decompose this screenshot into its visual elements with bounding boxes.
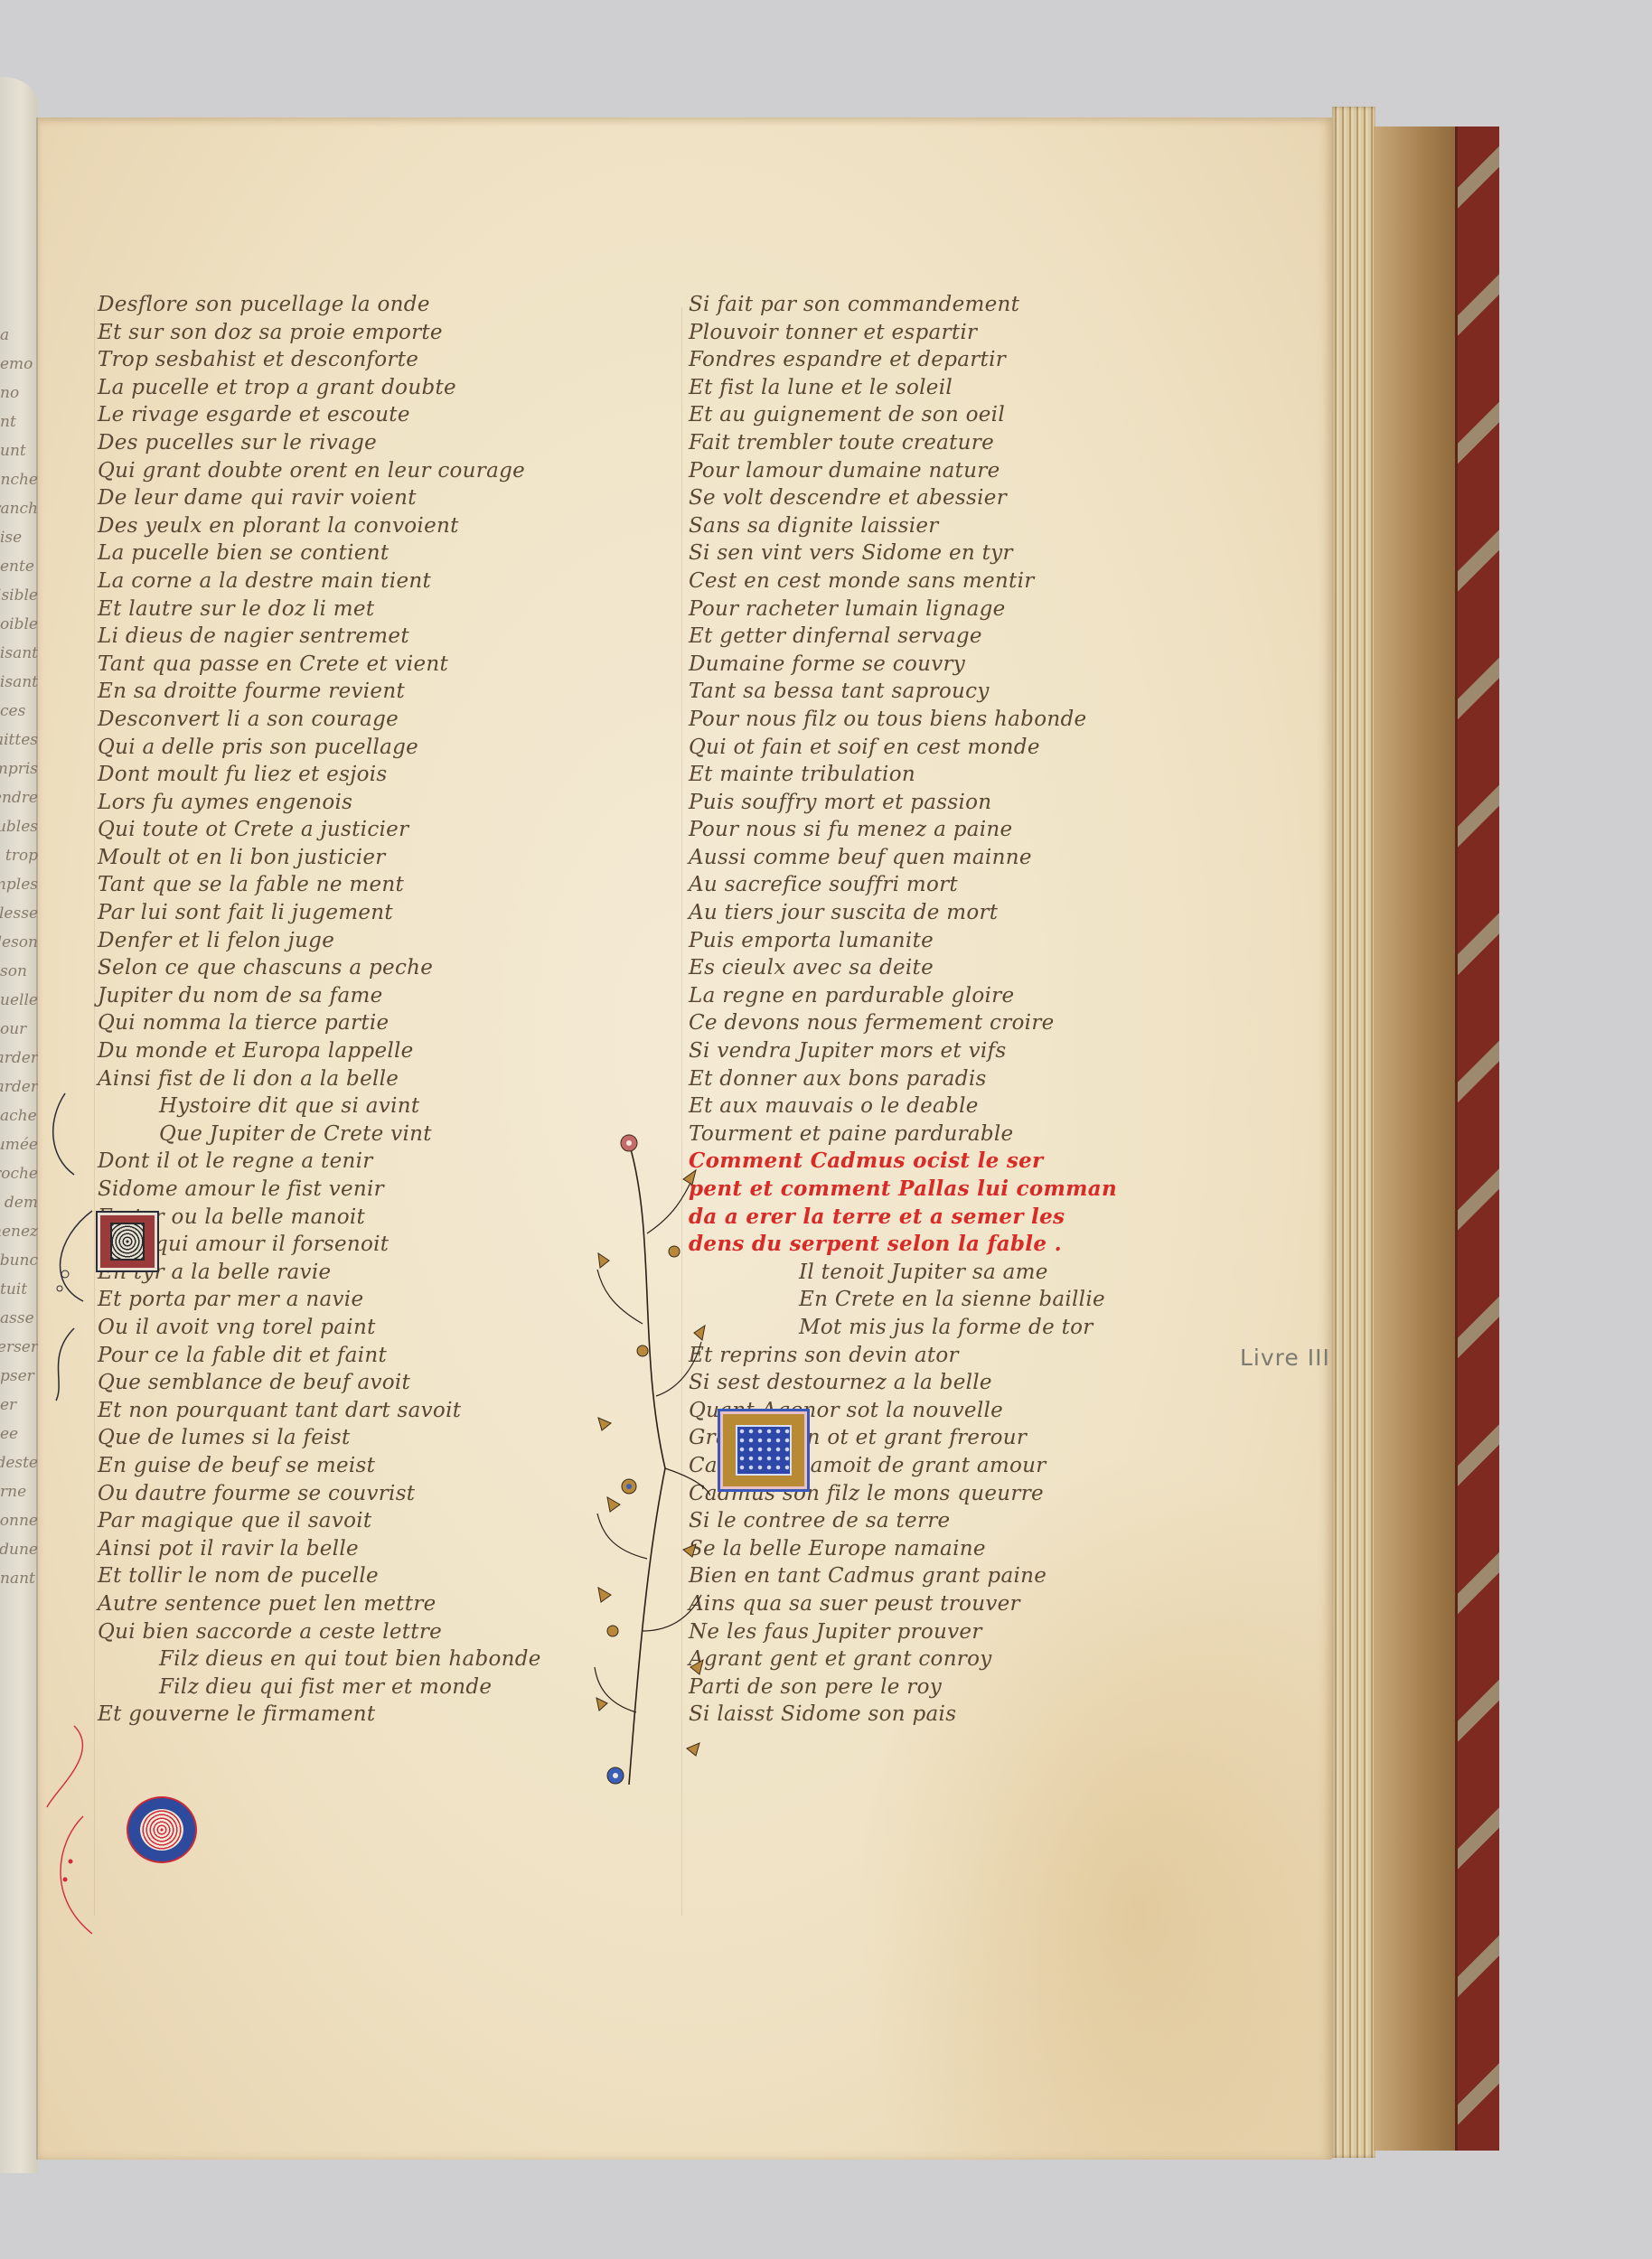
verse-line: Aussi comme beuf quen mainne <box>689 844 1117 872</box>
left-page-fragment: onne <box>0 1506 38 1535</box>
verse-line: Qui grant doubte orent en leur courage <box>98 457 541 485</box>
penwork-flourish-icon <box>38 1057 110 1473</box>
left-page-fragment: us trop <box>0 841 38 870</box>
verse-line: Tant que se la fable ne ment <box>98 871 541 899</box>
left-page-fragment: son <box>0 957 38 986</box>
verse-line: Pour nous si fu menez a paine <box>689 816 1117 844</box>
text-column-right: Si fait par son commandementPlouvoir ton… <box>689 291 1117 1729</box>
left-page-fragment: our <box>0 1015 38 1044</box>
verse-line: Des pucelles sur le rivage <box>98 429 541 457</box>
verse-line: Pour racheter lumain lignage <box>689 595 1117 623</box>
rubric-line: dens du serpent selon la fable . <box>689 1231 1117 1259</box>
left-page-fragment: no <box>0 379 38 408</box>
verse-line: Filz dieu qui fist mer et monde <box>98 1673 541 1701</box>
rubric-line: Comment Cadmus ocist le ser <box>689 1148 1117 1176</box>
left-page-fragment: uelle <box>0 986 38 1015</box>
verse-line: En tyr ou la belle manoit <box>98 1204 541 1232</box>
verse-line: Et getter dinfernal servage <box>689 623 1117 651</box>
verse-line: En guise de beuf se meist <box>98 1452 541 1480</box>
verse-line: Et aux mauvais o le deable <box>689 1092 1117 1120</box>
verse-line: Tant qua passe en Crete et vient <box>98 651 541 679</box>
verse-line: Qui bien saccorde a ceste lettre <box>98 1618 541 1646</box>
left-page-fragment: retarder <box>0 1073 38 1101</box>
verse-line: Es cieulx avec sa deite <box>689 954 1117 982</box>
verse-line: Qui ot fain et soif en cest monde <box>689 734 1117 762</box>
manuscript-folio: Desflore son pucellage la ondeEt sur son… <box>38 117 1332 2160</box>
left-page-fragment: ise <box>0 523 38 552</box>
verse-line: Fondres espandre et departir <box>689 346 1117 374</box>
left-page-fragment: blesse <box>0 899 38 928</box>
left-page-fragment: deson <box>0 928 38 957</box>
left-page-fragment: fumée <box>0 1130 38 1159</box>
verse-line: Li dieus de nagier sentremet <box>98 623 541 651</box>
left-page-fragment: asse <box>0 1304 38 1333</box>
verse-line: Et porta par mer a navie <box>98 1286 541 1314</box>
verse-line: Ains qua sa suer peust trouver <box>689 1590 1117 1618</box>
verse-line: Desflore son pucellage la onde <box>98 291 541 319</box>
text-column-left: Desflore son pucellage la ondeEt sur son… <box>98 291 541 1729</box>
left-page-fragment: ur blanche <box>0 465 38 494</box>
left-page-fragment: ente <box>0 552 38 581</box>
verse-line: Des yeulx en plorant la convoient <box>98 512 541 540</box>
left-page-fragments: aemonontuntur blancheur branchiseenteuis… <box>0 321 38 1593</box>
left-page-fragment: plaisant <box>0 639 38 668</box>
left-page-fragment: roche <box>0 1159 38 1188</box>
verse-line: Qui a delle pris son pucellage <box>98 734 541 762</box>
verse-line: Parti de son pere le roy <box>689 1673 1117 1701</box>
left-page-fragment: simples <box>0 870 38 899</box>
verse-line: Si fait par son commandement <box>689 291 1117 319</box>
left-page-fragment: emo <box>0 350 38 379</box>
left-page-fragment: uisible <box>0 581 38 610</box>
verse-line: La pucelle bien se contient <box>98 539 541 567</box>
left-page-fragment: eu compris <box>0 755 38 783</box>
left-page-fragment: bunc <box>0 1246 38 1275</box>
verse-line: Cest en cest monde sans mentir <box>689 567 1117 595</box>
verse-line: En sa droitte fourme revient <box>98 678 541 706</box>
left-page-fragment: ache <box>0 1101 38 1130</box>
verse-line: Que de lumes si la feist <box>98 1424 541 1452</box>
verse-line: La corne a la destre main tient <box>98 567 541 595</box>
verse-line: Dont moult fu liez et esjois <box>98 761 541 789</box>
verse-line: Moult ot en li bon justicier <box>98 844 541 872</box>
left-page-fragment: n pendre <box>0 783 38 812</box>
verse-line: Si sest destournez a la belle <box>689 1369 1117 1397</box>
verse-line: La regne en pardurable gloire <box>689 982 1117 1010</box>
left-page-fragment: nt <box>0 408 38 436</box>
verse-line: Se volt descendre et abessier <box>689 484 1117 512</box>
verse-line: Pour nous filz ou tous biens habonde <box>689 706 1117 734</box>
verse-line: Lors fu aymes engenois <box>98 789 541 817</box>
left-page-edge: aemonontuntur blancheur branchiseenteuis… <box>0 77 38 2173</box>
left-page-fragment: doubles <box>0 812 38 841</box>
rubric-line: da a erer la terre et a semer les <box>689 1204 1117 1232</box>
illuminated-initial-l <box>720 1411 807 1489</box>
verse-line: Fait trembler toute creature <box>689 429 1117 457</box>
verse-line: Filz dieus en qui tout bien habonde <box>98 1645 541 1673</box>
left-page-fragment: a menez <box>0 1217 38 1246</box>
verse-line: Et non pourquant tant dart savoit <box>98 1397 541 1425</box>
verse-line: Plouvoir tonner et espartir <box>689 319 1117 347</box>
verse-line: Si le contree de sa terre <box>689 1507 1117 1535</box>
left-page-fragment: ee <box>0 1420 38 1448</box>
verse-line: Si laisst Sidome son pais <box>689 1701 1117 1729</box>
left-page-fragment: bn faittes <box>0 726 38 755</box>
left-page-fragment: isant <box>0 668 38 697</box>
verse-line: La pucelle et trop a grant doubte <box>98 374 541 402</box>
verse-line: En tyr a la belle ravie <box>98 1259 541 1287</box>
illuminated-initial-f <box>127 1796 197 1863</box>
verse-line: Que semblance de beuf avoit <box>98 1369 541 1397</box>
verse-line: Jupiter du nom de sa fame <box>98 982 541 1010</box>
marginal-note: Livre III <box>1240 1345 1330 1371</box>
left-page-fragment: unt <box>0 436 38 465</box>
rubric-line: pent et comment Pallas lui comman <box>689 1176 1117 1204</box>
verse-line: Ou dautre fourme se couvrist <box>98 1480 541 1508</box>
verse-line: Sidome amour le fist venir <box>98 1176 541 1204</box>
verse-line: Ainsi fist de li don a la belle <box>98 1065 541 1093</box>
verse-line: Se la belle Europe namaine <box>689 1535 1117 1563</box>
verse-line: Ce devons nous fermement croire <box>689 1009 1117 1037</box>
verse-line: Selon ce que chascuns a peche <box>98 954 541 982</box>
verse-line: Dumaine forme se couvry <box>689 651 1117 679</box>
left-page-fragment: perser <box>0 1333 38 1362</box>
verse-line: Il tenoit Jupiter sa ame <box>689 1259 1117 1287</box>
verse-line: Trop sesbahist et desconforte <box>98 346 541 374</box>
verse-line: Denfer et li felon juge <box>98 927 541 955</box>
verse-line: Agrant gent et grant conroy <box>689 1645 1117 1673</box>
verse-line: Par lui sont fait li jugement <box>98 899 541 927</box>
verse-line: Et donner aux bons paradis <box>689 1065 1117 1093</box>
verse-line: Puis souffry mort et passion <box>689 789 1117 817</box>
verse-line: Et lautre sur le doz li met <box>98 595 541 623</box>
left-page-fragment: ur branch <box>0 494 38 523</box>
left-page-fragment: garder <box>0 1044 38 1073</box>
red-penwork-flourish-icon <box>38 1717 110 1952</box>
left-page-fragment: leide dem <box>0 1188 38 1217</box>
verse-line: Et mainte tribulation <box>689 761 1117 789</box>
verse-line: De leur dame qui ravir voient <box>98 484 541 512</box>
verse-line: Et sur son doz sa proie emporte <box>98 319 541 347</box>
verse-line: Mot mis jus la forme de tor <box>689 1314 1117 1342</box>
marbled-binding <box>1455 127 1499 2151</box>
verse-line: Ne les faus Jupiter prouver <box>689 1618 1117 1646</box>
left-page-fragment: rne <box>0 1477 38 1506</box>
left-page-fragment: dune <box>0 1535 38 1564</box>
left-page-fragment: pser <box>0 1362 38 1391</box>
verse-line: Hystoire dit que si avint <box>98 1092 541 1120</box>
verse-line: Puis emporta lumanite <box>689 927 1117 955</box>
verse-line: Et gouverne le firmament <box>98 1701 541 1729</box>
left-page-fragment: er <box>0 1391 38 1420</box>
verse-line: Tourment et paine pardurable <box>689 1120 1117 1148</box>
verse-line: Que Jupiter de Crete vint <box>98 1120 541 1148</box>
verse-line: En Crete en la sienne baillie <box>689 1286 1117 1314</box>
left-page-fragment: a <box>0 321 38 350</box>
verse-line: Pour qui amour il forsenoit <box>98 1231 541 1259</box>
left-page-fragment: oible <box>0 610 38 639</box>
verse-line: Et tollir le nom de pucelle <box>98 1562 541 1590</box>
left-page-fragment: nant <box>0 1564 38 1593</box>
verse-line: Sans sa dignite laissier <box>689 512 1117 540</box>
page-fore-edge <box>1332 107 1375 2158</box>
verse-line: Et au guignement de son oeil <box>689 401 1117 429</box>
verse-line: Au tiers jour suscita de mort <box>689 899 1117 927</box>
verse-line: Pour lamour dumaine nature <box>689 457 1117 485</box>
verse-line: Qui toute ot Crete a justicier <box>98 816 541 844</box>
binding-board <box>1374 127 1457 2151</box>
verse-line: Pour ce la fable dit et faint <box>98 1342 541 1370</box>
verse-line: Au sacrefice souffri mort <box>689 871 1117 899</box>
verse-line: Et reprins son devin ator <box>689 1342 1117 1370</box>
verse-line: Du monde et Europa lappelle <box>98 1037 541 1065</box>
verse-line: Ou il avoit vng torel paint <box>98 1314 541 1342</box>
verse-line: Et fist la lune et le soleil <box>689 374 1117 402</box>
verse-line: Desconvert li a son courage <box>98 706 541 734</box>
verse-line: Si sen vint vers Sidome en tyr <box>689 539 1117 567</box>
verse-line: Si vendra Jupiter mors et vifs <box>689 1037 1117 1065</box>
verse-line: Dont il ot le regne a tenir <box>98 1148 541 1176</box>
left-page-fragment: ces <box>0 697 38 726</box>
left-page-fragment: deste <box>0 1448 38 1477</box>
verse-line: Qui nomma la tierce partie <box>98 1009 541 1037</box>
verse-line: Ainsi pot il ravir la belle <box>98 1535 541 1563</box>
verse-line: Tant sa bessa tant saproucy <box>689 678 1117 706</box>
ivy-vine-border-icon <box>593 1125 710 1794</box>
left-page-fragment: tuit <box>0 1275 38 1304</box>
verse-line: Le rivage esgarde et escoute <box>98 401 541 429</box>
verse-line: Par magique que il savoit <box>98 1507 541 1535</box>
verse-line: Bien en tant Cadmus grant paine <box>689 1562 1117 1590</box>
verse-line: Autre sentence puet len mettre <box>98 1590 541 1618</box>
